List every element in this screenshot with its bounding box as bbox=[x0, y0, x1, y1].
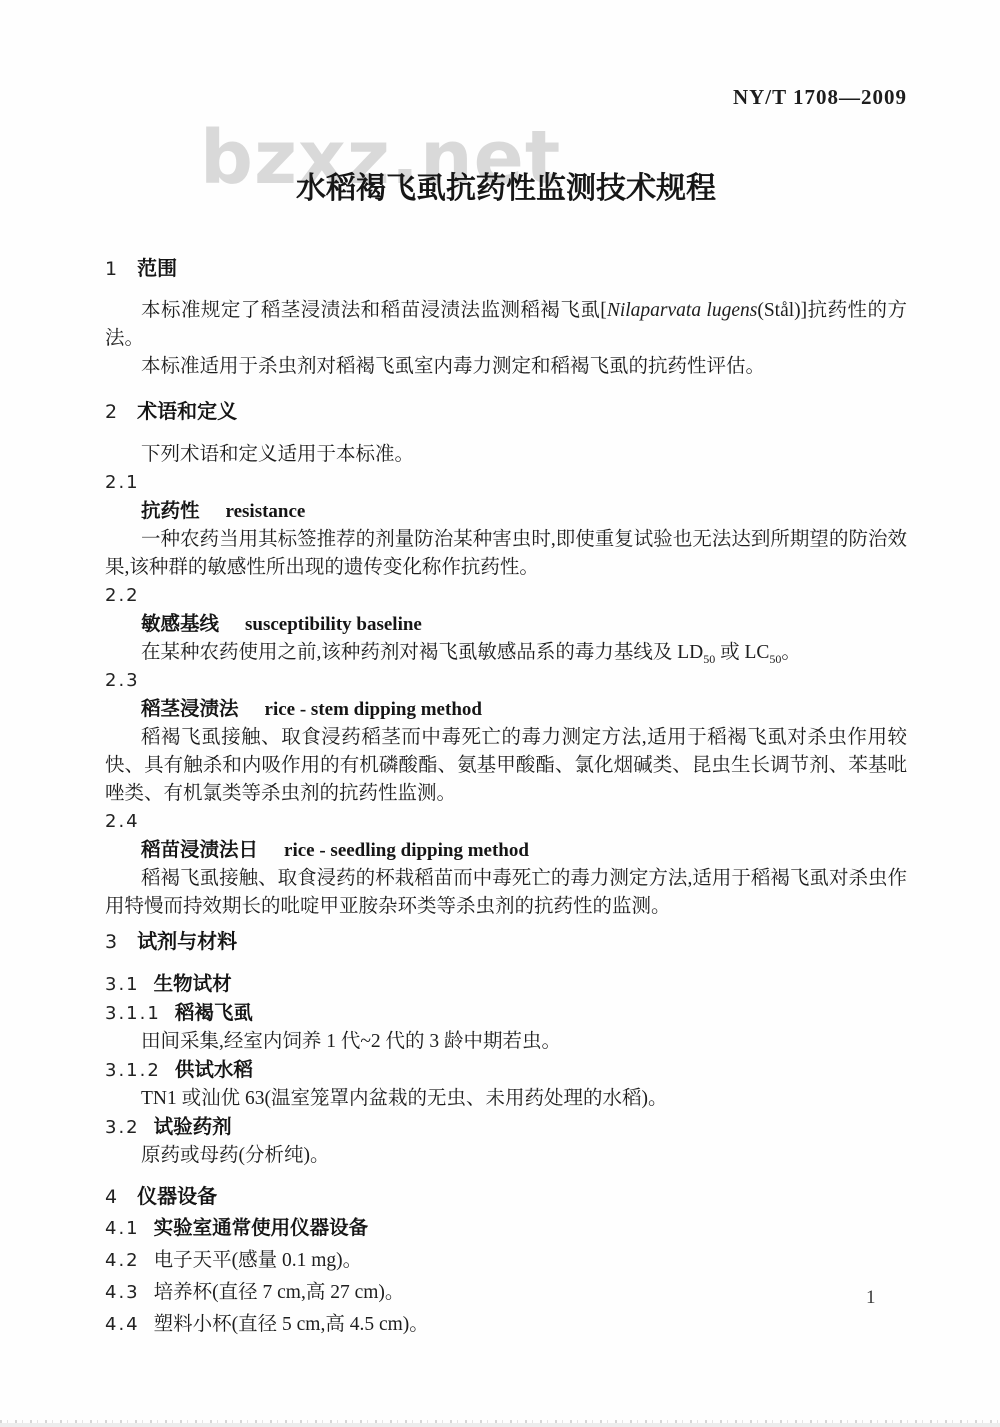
term-2-1: 抗药性resistance bbox=[105, 497, 907, 526]
document-title: 水稻褐飞虱抗药性监测技术规程 bbox=[105, 172, 907, 206]
subsection-4-3-number: 4.3 bbox=[105, 1282, 140, 1303]
subsection-3-1-2: 3.1.2供试水稻 bbox=[105, 1056, 907, 1085]
section-3-number: 3 bbox=[105, 931, 119, 953]
subsection-4-3: 4.3培养杯(直径 7 cm,高 27 cm)。 bbox=[105, 1278, 907, 1307]
section-2-heading: 2术语和定义 bbox=[105, 398, 907, 426]
subsection-3-1-title: 生物试材 bbox=[154, 973, 232, 995]
term-2-4-en: rice - seedling dipping method bbox=[284, 840, 529, 861]
term-2-2-en: susceptibility baseline bbox=[245, 614, 422, 635]
subsection-4-2-text: 电子天平(感量 0.1 mg)。 bbox=[154, 1250, 363, 1271]
subsection-4-4-text: 塑料小杯(直径 5 cm,高 4.5 cm)。 bbox=[154, 1314, 429, 1335]
term-2-3-cn: 稻茎浸渍法 bbox=[141, 698, 239, 720]
scope-paragraph-1: 本标准规定了稻茎浸渍法和稻苗浸渍法监测稻褐飞虱[Nilaparvata luge… bbox=[105, 297, 907, 353]
term-2-2-def-mid: 或 LC bbox=[715, 642, 769, 663]
term-2-4-cn: 稻苗浸渍法日 bbox=[141, 839, 258, 861]
term-2-2-def-post: 。 bbox=[781, 642, 801, 663]
species-name: Nilaparvata lugens bbox=[607, 300, 758, 321]
subsection-3-1-2-number: 3.1.2 bbox=[105, 1060, 161, 1081]
scope-paragraph-2: 本标准适用于杀虫剂对稻褐飞虱室内毒力测定和稻褐飞虱的抗药性评估。 bbox=[105, 353, 907, 381]
subsection-4-1-number: 4.1 bbox=[105, 1218, 140, 1239]
term-2-4: 稻苗浸渍法日rice - seedling dipping method bbox=[105, 836, 907, 865]
term-2-2-definition: 在某种农药使用之前,该种药剂对褐飞虱敏感品系的毒力基线及 LD50 或 LC50… bbox=[105, 639, 907, 667]
subsection-4-2: 4.2电子天平(感量 0.1 mg)。 bbox=[105, 1246, 907, 1275]
section-4-number: 4 bbox=[105, 1186, 119, 1208]
term-2-4-number: 2.4 bbox=[105, 808, 907, 836]
section-2-number: 2 bbox=[105, 401, 119, 423]
scope-p1-pre: 本标准规定了稻茎浸渍法和稻苗浸渍法监测稻褐飞虱[ bbox=[141, 300, 607, 321]
subsection-3-1-2-text: TN1 或汕优 63(温室笼罩内盆栽的无虫、未用药处理的水稻)。 bbox=[105, 1085, 907, 1113]
subsection-4-1: 4.1实验室通常使用仪器设备 bbox=[105, 1214, 907, 1243]
subsection-3-1-number: 3.1 bbox=[105, 974, 140, 995]
ld50-subscript: 50 bbox=[703, 652, 715, 666]
section-4-title: 仪器设备 bbox=[137, 1186, 217, 1208]
section-1-heading: 1范围 bbox=[105, 255, 907, 283]
terms-intro: 下列术语和定义适用于本标准。 bbox=[105, 441, 907, 469]
scan-artifact-edge bbox=[0, 1423, 1000, 1427]
section-3-title: 试剂与材料 bbox=[137, 931, 237, 953]
subsection-4-1-title: 实验室通常使用仪器设备 bbox=[154, 1217, 369, 1239]
subsection-4-4: 4.4塑料小杯(直径 5 cm,高 4.5 cm)。 bbox=[105, 1310, 907, 1339]
term-2-2-def-pre: 在某种农药使用之前,该种药剂对褐飞虱敏感品系的毒力基线及 LD bbox=[141, 642, 703, 663]
section-4-heading: 4仪器设备 bbox=[105, 1183, 907, 1211]
subsection-3-1-2-title: 供试水稻 bbox=[175, 1059, 253, 1081]
term-2-1-definition: 一种农药当用其标签推荐的剂量防治某种害虫时,即使重复试验也无法达到所期望的防治效… bbox=[105, 526, 907, 582]
subsection-4-2-number: 4.2 bbox=[105, 1250, 140, 1271]
subsection-3-1-1: 3.1.1稻褐飞虱 bbox=[105, 999, 907, 1028]
subsection-3-2-number: 3.2 bbox=[105, 1117, 140, 1138]
term-2-4-definition: 稻褐飞虱接触、取食浸药的杯栽稻苗而中毒死亡的毒力测定方法,适用于稻褐飞虱对杀虫作… bbox=[105, 865, 907, 921]
page-number: 1 bbox=[866, 1286, 876, 1310]
lc50-subscript: 50 bbox=[769, 652, 781, 666]
term-2-3: 稻茎浸渍法rice - stem dipping method bbox=[105, 695, 907, 724]
scanned-document-page: bzxz.net NY/T 1708—2009 水稻褐飞虱抗药性监测技术规程 1… bbox=[0, 0, 1000, 1427]
term-2-3-en: rice - stem dipping method bbox=[265, 699, 482, 720]
term-2-1-en: resistance bbox=[226, 501, 306, 522]
subsection-4-4-number: 4.4 bbox=[105, 1314, 140, 1335]
subsection-3-1: 3.1生物试材 bbox=[105, 970, 907, 999]
section-1-title: 范围 bbox=[137, 258, 177, 280]
term-2-3-definition: 稻褐飞虱接触、取食浸药稻茎而中毒死亡的毒力测定方法,适用于稻褐飞虱对杀虫作用较快… bbox=[105, 724, 907, 808]
section-1-number: 1 bbox=[105, 258, 119, 280]
subsection-3-2-title: 试验药剂 bbox=[154, 1116, 232, 1138]
term-2-2-cn: 敏感基线 bbox=[141, 613, 219, 635]
term-2-3-number: 2.3 bbox=[105, 667, 907, 695]
term-2-1-number: 2.1 bbox=[105, 469, 907, 497]
subsection-3-2-text: 原药或母药(分析纯)。 bbox=[105, 1142, 907, 1170]
section-3-heading: 3试剂与材料 bbox=[105, 928, 907, 956]
subsection-3-1-1-text: 田间采集,经室内饲养 1 代~2 代的 3 龄中期若虫。 bbox=[105, 1028, 907, 1056]
section-2-title: 术语和定义 bbox=[137, 401, 237, 423]
term-2-1-cn: 抗药性 bbox=[141, 500, 200, 522]
subsection-4-3-text: 培养杯(直径 7 cm,高 27 cm)。 bbox=[154, 1282, 405, 1303]
subsection-3-1-1-number: 3.1.1 bbox=[105, 1003, 161, 1024]
standard-code: NY/T 1708—2009 bbox=[105, 84, 907, 110]
subsection-3-1-1-title: 稻褐飞虱 bbox=[175, 1002, 253, 1024]
term-2-2-number: 2.2 bbox=[105, 582, 907, 610]
term-2-2: 敏感基线susceptibility baseline bbox=[105, 610, 907, 639]
subsection-3-2: 3.2试验药剂 bbox=[105, 1113, 907, 1142]
page-content: NY/T 1708—2009 水稻褐飞虱抗药性监测技术规程 1范围 本标准规定了… bbox=[105, 0, 907, 1339]
